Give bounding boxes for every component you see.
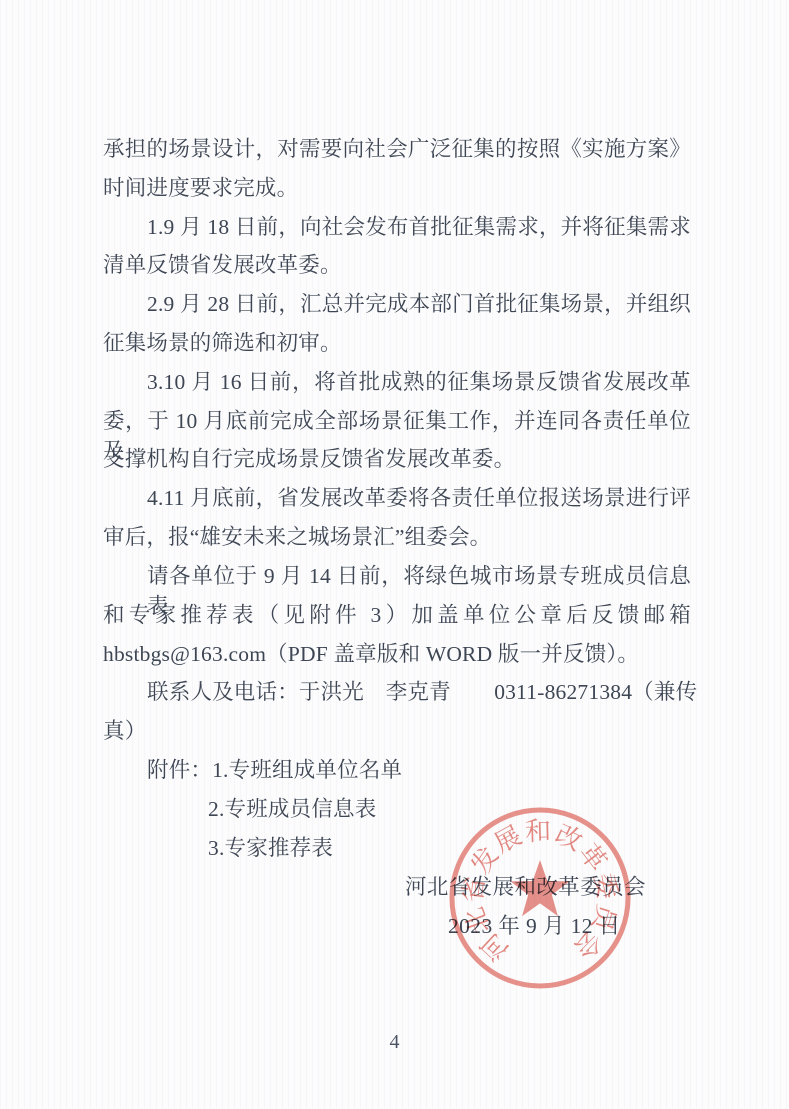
- body-line: 和专家推荐表（见附件 3）加盖单位公章后反馈邮箱: [103, 600, 691, 630]
- body-line: 审后，报“雄安未来之城场景汇”组委会。: [103, 522, 691, 552]
- official-seal: 河北省发展和改革委员会: [444, 802, 636, 994]
- body-line: 支撑机构自行完成场景反馈省发展改革委。: [103, 444, 691, 474]
- body-line: 时间进度要求完成。: [103, 173, 691, 203]
- body-line: 清单反馈省发展改革委。: [103, 250, 691, 280]
- star-icon: [511, 860, 570, 916]
- body-line: 3.10 月 16 日前，将首批成熟的征集场景反馈省发展改革: [103, 367, 691, 397]
- body-line: 承担的场景设计，对需要向社会广泛征集的按照《实施方案》: [103, 134, 691, 164]
- body-line: 1.9 月 18 日前，向社会发布首批征集需求，并将征集需求: [103, 212, 691, 242]
- document-page: 承担的场景设计，对需要向社会广泛征集的按照《实施方案》 时间进度要求完成。 1.…: [0, 0, 789, 1109]
- page-number: 4: [0, 1031, 789, 1054]
- body-line: 2.9 月 28 日前，汇总并完成本部门首批征集场景，并组织: [103, 289, 691, 319]
- body-line: 联系人及电话：于洪光 李克青 0311-86271384（兼传: [103, 677, 691, 707]
- body-line: 征集场景的筛选和初审。: [103, 328, 691, 358]
- body-line: 真）: [103, 716, 691, 746]
- body-line: hbstbgs@163.com（PDF 盖章版和 WORD 版一并反馈）。: [103, 639, 691, 669]
- attachment-list-header: 附件：1.专班组成单位名单: [103, 755, 691, 785]
- body-line: 4.11 月底前，省发展改革委将各责任单位报送场景进行评: [103, 483, 691, 513]
